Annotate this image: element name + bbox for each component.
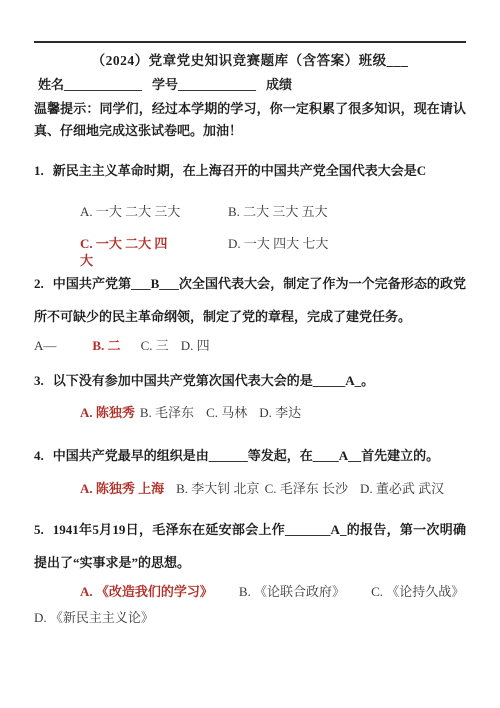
question-1-options: A. 一大 二大 三大 B. 二大 三大 五大 C. 一大 二大 四 大 D. … [80,203,466,269]
q2-option-c: C. 三 [141,337,169,354]
name-field: 姓名____________ [38,77,142,92]
q3-option-a-answer: A. 陈独秀 [80,404,135,421]
question-2-options: A—B. 二C. 三D. 四 [34,337,466,354]
q2-option-b-answer: B. 二 [92,337,120,354]
student-id-label: 学号 [152,77,178,92]
question-4: 4.中国共产党最早的组织是由______等发起，在____A__首先建立的。 [34,439,466,472]
q4-option-c: C. 毛泽东 长沙 [265,480,348,497]
document-title: （2024）党章党史知识竞赛题库（含答案）班级___ [34,51,466,70]
student-info-row: 姓名____________学号____________成绩 [34,75,466,94]
header-divider [34,41,466,43]
q1-option-c-answer: C. 一大 二大 四 大 [80,235,228,269]
question-1: 1.新民主主义革命时期，在上海召开的中国共产党全国代表大会是C [34,154,466,187]
question-4-text: 中国共产党最早的组织是由______等发起，在____A__首先建立的。 [53,448,439,463]
score-field: 成绩 [266,77,292,92]
question-2-text: 中国共产党第___B___次全国代表大会，制定了作为一个完备形态的政党所不可缺少… [34,276,466,324]
q4-option-d: D. 董必武 武汉 [360,480,444,497]
name-blank: ____________ [64,77,142,92]
q3-option-b: B. 毛泽东 [140,404,194,421]
question-5-number: 5. [34,522,44,537]
name-label: 姓名 [38,77,64,92]
question-4-number: 4. [34,448,44,463]
question-3-text: 以下没有参加中国共产党第次国代表大会的是_____A_。 [53,373,374,388]
question-2-number: 2. [34,276,44,291]
q1-option-a: A. 一大 二大 三大 [80,203,228,220]
question-5: 5.1941年5月19日，毛泽东在延安部会上作_______A_的报告，第一次明… [34,513,466,579]
question-1-number: 1. [34,163,44,178]
q3-option-c: C. 马林 [206,404,247,421]
q4-option-b: B. 李大钊 北京 [176,480,259,497]
question-3: 3.以下没有参加中国共产党第次国代表大会的是_____A_。 [34,364,466,397]
q2-option-a: A— [34,337,56,354]
q3-option-d: D. 李达 [259,404,301,421]
question-5-option-d-row: D. 《新民主主义论》 [34,609,466,626]
q5-option-d: D. 《新民主主义论》 [34,609,154,626]
tip-text: 温馨提示：同学们，经过本学期的学习，你一定积累了很多知识，现在请认真、仔细地完成… [34,98,466,142]
question-5-options: A. 《改造我们的学习》B. 《论联合政府》C. 《论持久战》 [80,583,466,600]
q5-option-a-answer: A. 《改造我们的学习》 [80,583,213,600]
question-1-text: 新民主主义革命时期，在上海召开的中国共产党全国代表大会是C [53,163,426,178]
q1-option-d: D. 一大 四大 七大 [228,235,466,269]
q5-option-c: C. 《论持久战》 [371,583,464,600]
question-3-options: A. 陈独秀B. 毛泽东C. 马林D. 李达 [80,404,466,421]
q5-option-b: B. 《论联合政府》 [239,583,345,600]
student-id-blank: ____________ [178,77,256,92]
document-page: （2024）党章党史知识竞赛题库（含答案）班级___ 姓名___________… [0,0,500,708]
student-id-field: 学号____________ [152,77,256,92]
score-label: 成绩 [266,77,292,92]
question-3-number: 3. [34,373,44,388]
q4-option-a-answer: A. 陈独秀 上海 [80,480,164,497]
q1-option-b: B. 二大 三大 五大 [228,203,466,220]
question-4-options: A. 陈独秀 上海B. 李大钊 北京C. 毛泽东 长沙D. 董必武 武汉 [80,480,466,497]
question-2: 2.中国共产党第___B___次全国代表大会，制定了作为一个完备形态的政党所不可… [34,267,466,333]
q2-option-d: D. 四 [181,337,210,354]
question-5-text: 1941年5月19日，毛泽东在延安部会上作_______A_的报告，第一次明确提… [34,522,466,570]
